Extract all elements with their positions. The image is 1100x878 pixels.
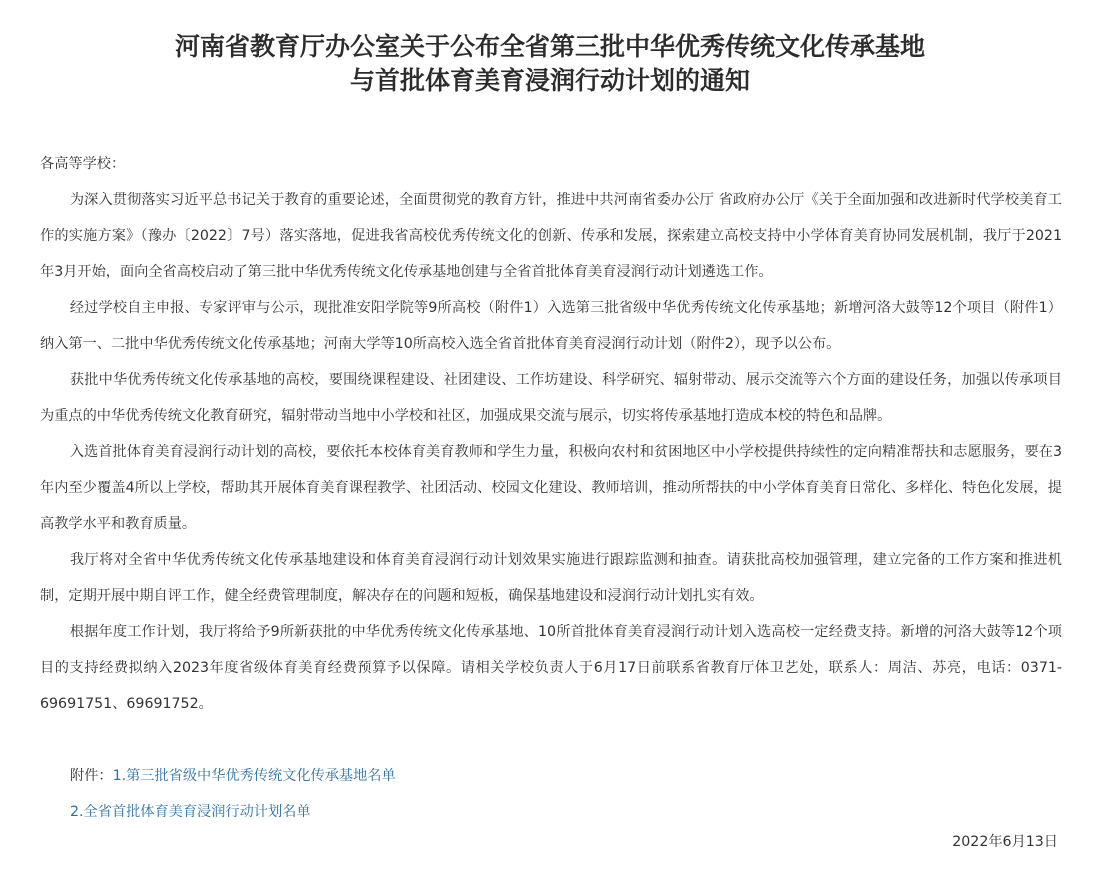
document-title: 河南省教育厅办公室关于公布全省第三批中华优秀传统文化传承基地 与首批体育美育浸润… [0, 30, 1100, 98]
attachment-link-2[interactable]: 2.全省首批体育美育浸润行动计划名单 [70, 804, 311, 820]
notice-page: 河南省教育厅办公室关于公布全省第三批中华优秀传统文化传承基地 与首批体育美育浸润… [0, 0, 1100, 878]
attachment-line-2: 2.全省首批体育美育浸润行动计划名单 [40, 794, 1062, 830]
title-line-2: 与首批体育美育浸润行动计划的通知 [0, 64, 1100, 98]
attachments-label: 附件： [70, 768, 113, 784]
salutation: 各高等学校： [40, 146, 1062, 182]
paragraph-6: 根据年度工作计划，我厅将给予9所新获批的中华优秀传统文化传承基地、10所首批体育… [40, 614, 1062, 722]
spacer [40, 722, 1062, 758]
title-line-1: 河南省教育厅办公室关于公布全省第三批中华优秀传统文化传承基地 [0, 30, 1100, 64]
attachment-link-1[interactable]: 1.第三批省级中华优秀传统文化传承基地名单 [113, 768, 396, 784]
document-date: 2022年6月13日 [952, 828, 1058, 856]
paragraph-2: 经过学校自主申报、专家评审与公示，现批准安阳学院等9所高校（附件1）入选第三批省… [40, 290, 1062, 362]
attachment-line-1: 附件：1.第三批省级中华优秀传统文化传承基地名单 [40, 758, 1062, 794]
paragraph-3: 获批中华优秀传统文化传承基地的高校，要围绕课程建设、社团建设、工作坊建设、科学研… [40, 362, 1062, 434]
paragraph-4: 入选首批体育美育浸润行动计划的高校，要依托本校体育美育教师和学生力量，积极向农村… [40, 434, 1062, 542]
paragraph-1: 为深入贯彻落实习近平总书记关于教育的重要论述，全面贯彻党的教育方针，推进中共河南… [40, 182, 1062, 290]
document-body: 各高等学校： 为深入贯彻落实习近平总书记关于教育的重要论述，全面贯彻党的教育方针… [40, 146, 1062, 830]
paragraph-5: 我厅将对全省中华优秀传统文化传承基地建设和体育美育浸润行动计划效果实施进行跟踪监… [40, 542, 1062, 614]
